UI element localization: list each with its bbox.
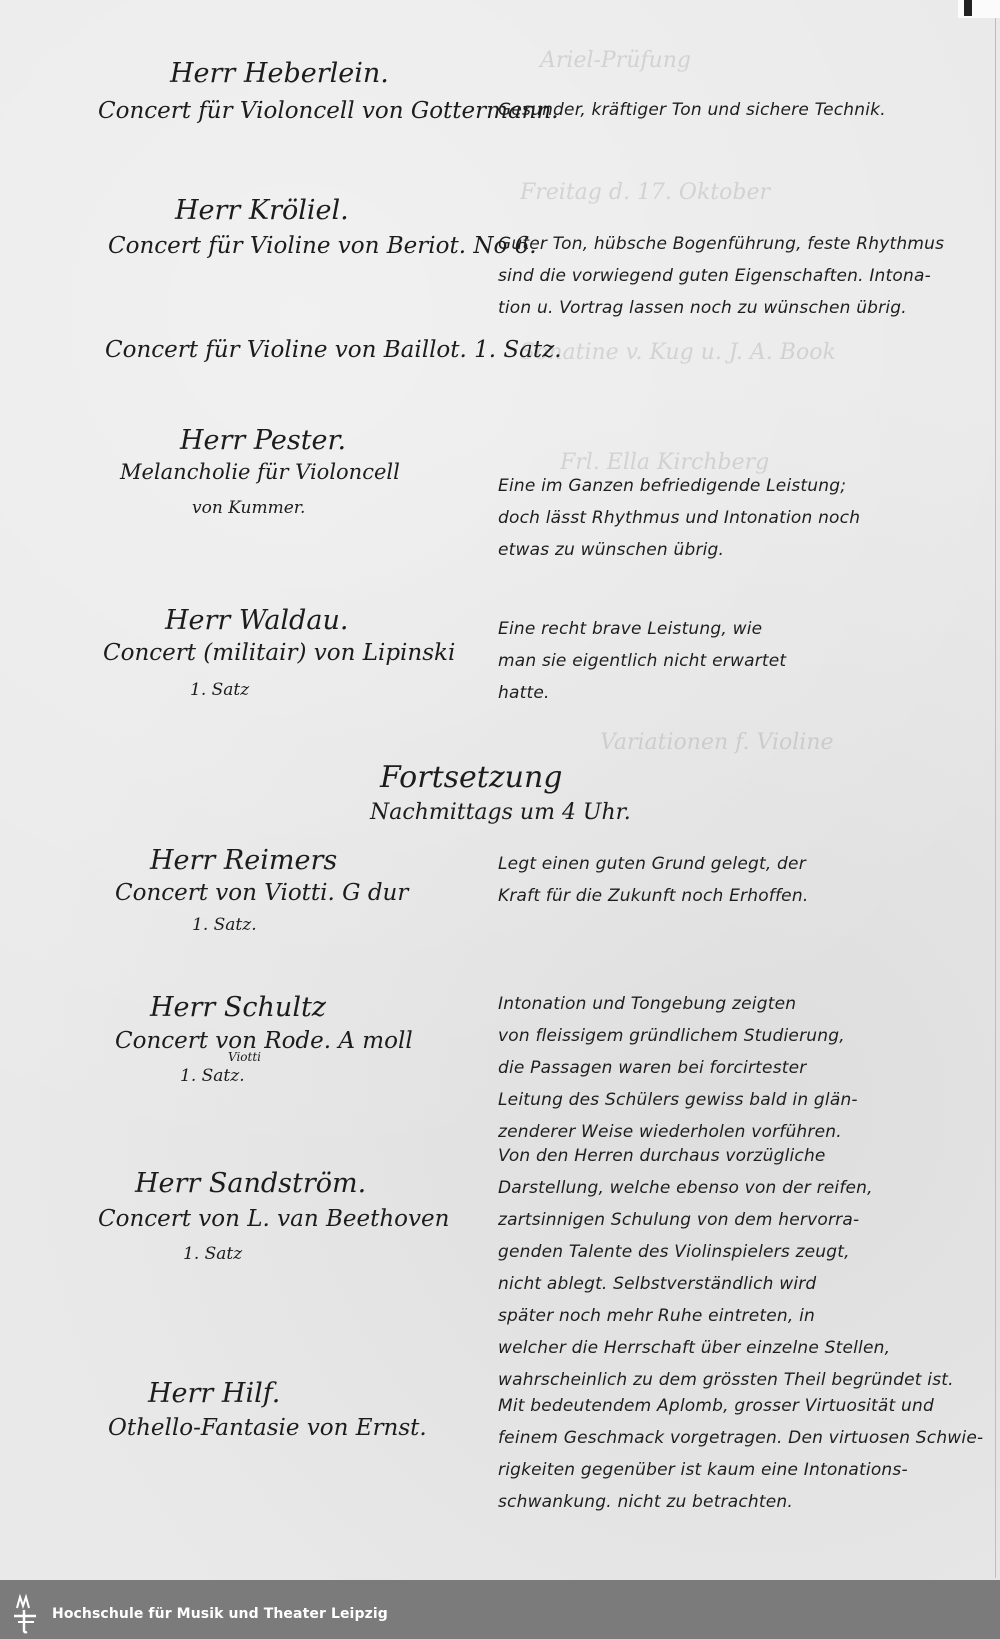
- movement-label: 1. Satz: [183, 1244, 242, 1264]
- manuscript-scan: Ariel-Prüfung Freitag d. 17. Oktober Son…: [0, 0, 1000, 1580]
- piece-title: Concert von L. van Beethoven: [98, 1206, 449, 1232]
- hmt-logo-icon: [12, 1594, 38, 1634]
- performer-name: Herr Reimers: [150, 845, 337, 876]
- correction-note: Viotti: [228, 1050, 261, 1064]
- scan-edge-mark: [964, 0, 972, 16]
- piece-title: Othello-Fantasie von Ernst.: [108, 1415, 427, 1441]
- performer-name: Herr Hilf.: [148, 1378, 280, 1409]
- performer-name: Herr Pester.: [180, 425, 346, 456]
- movement-label: 1. Satz: [190, 680, 249, 700]
- bleed-through-text: Ariel-Prüfung: [540, 48, 691, 73]
- examiner-remark: Eine recht brave Leistung, wie man sie e…: [498, 613, 786, 709]
- examiner-remark: Gesunder, kräftiger Ton und sichere Tech…: [498, 94, 886, 126]
- institution-name: Hochschule für Musik und Theater Leipzig: [52, 1606, 388, 1622]
- examiner-remark: Guter Ton, hübsche Bogenführung, feste R…: [498, 228, 944, 324]
- bleed-through-text: Sonatine v. Kug u. J. A. Book: [520, 340, 836, 365]
- examiner-remark: Intonation und Tongebung zeigten von fle…: [498, 988, 858, 1148]
- composer-line: von Kummer.: [192, 498, 305, 518]
- examiner-remark: Mit bedeutendem Aplomb, grosser Virtuosi…: [498, 1390, 983, 1518]
- piece-title: Concert für Violine von Baillot. 1. Satz…: [105, 337, 562, 363]
- performer-name: Herr Kröliel.: [175, 195, 349, 226]
- performer-name: Herr Heberlein.: [170, 58, 389, 89]
- performer-name: Herr Schultz: [150, 992, 326, 1023]
- institution-footer: Hochschule für Musik und Theater Leipzig: [0, 1588, 1000, 1639]
- piece-title: Concert von Rode. A moll: [115, 1028, 413, 1054]
- piece-title: Concert von Viotti. G dur: [115, 880, 408, 906]
- performer-name: Herr Sandström.: [135, 1168, 366, 1199]
- examiner-remark: Legt einen guten Grund gelegt, der Kraft…: [498, 848, 808, 912]
- section-heading: Fortsetzung: [380, 760, 563, 795]
- movement-label: 1. Satz.: [192, 915, 257, 935]
- page-edge-line: [995, 18, 996, 1578]
- piece-title: Concert (militair) von Lipinski: [103, 640, 455, 666]
- piece-title: Concert für Violoncell von Gottermann.: [98, 98, 559, 124]
- section-subheading: Nachmittags um 4 Uhr.: [370, 800, 631, 825]
- bleed-through-text: Variationen f. Violine: [600, 730, 834, 755]
- piece-title: Concert für Violine von Beriot. No 6.: [108, 233, 537, 259]
- piece-title: Melancholie für Violoncell: [120, 460, 400, 484]
- performer-name: Herr Waldau.: [165, 605, 348, 636]
- movement-label: 1. Satz.: [180, 1066, 245, 1086]
- bleed-through-text: Freitag d. 17. Oktober: [520, 180, 770, 205]
- examiner-remark: Eine im Ganzen befriedigende Leistung; d…: [498, 470, 860, 566]
- examiner-remark: Von den Herren durchaus vorzügliche Dars…: [498, 1140, 954, 1396]
